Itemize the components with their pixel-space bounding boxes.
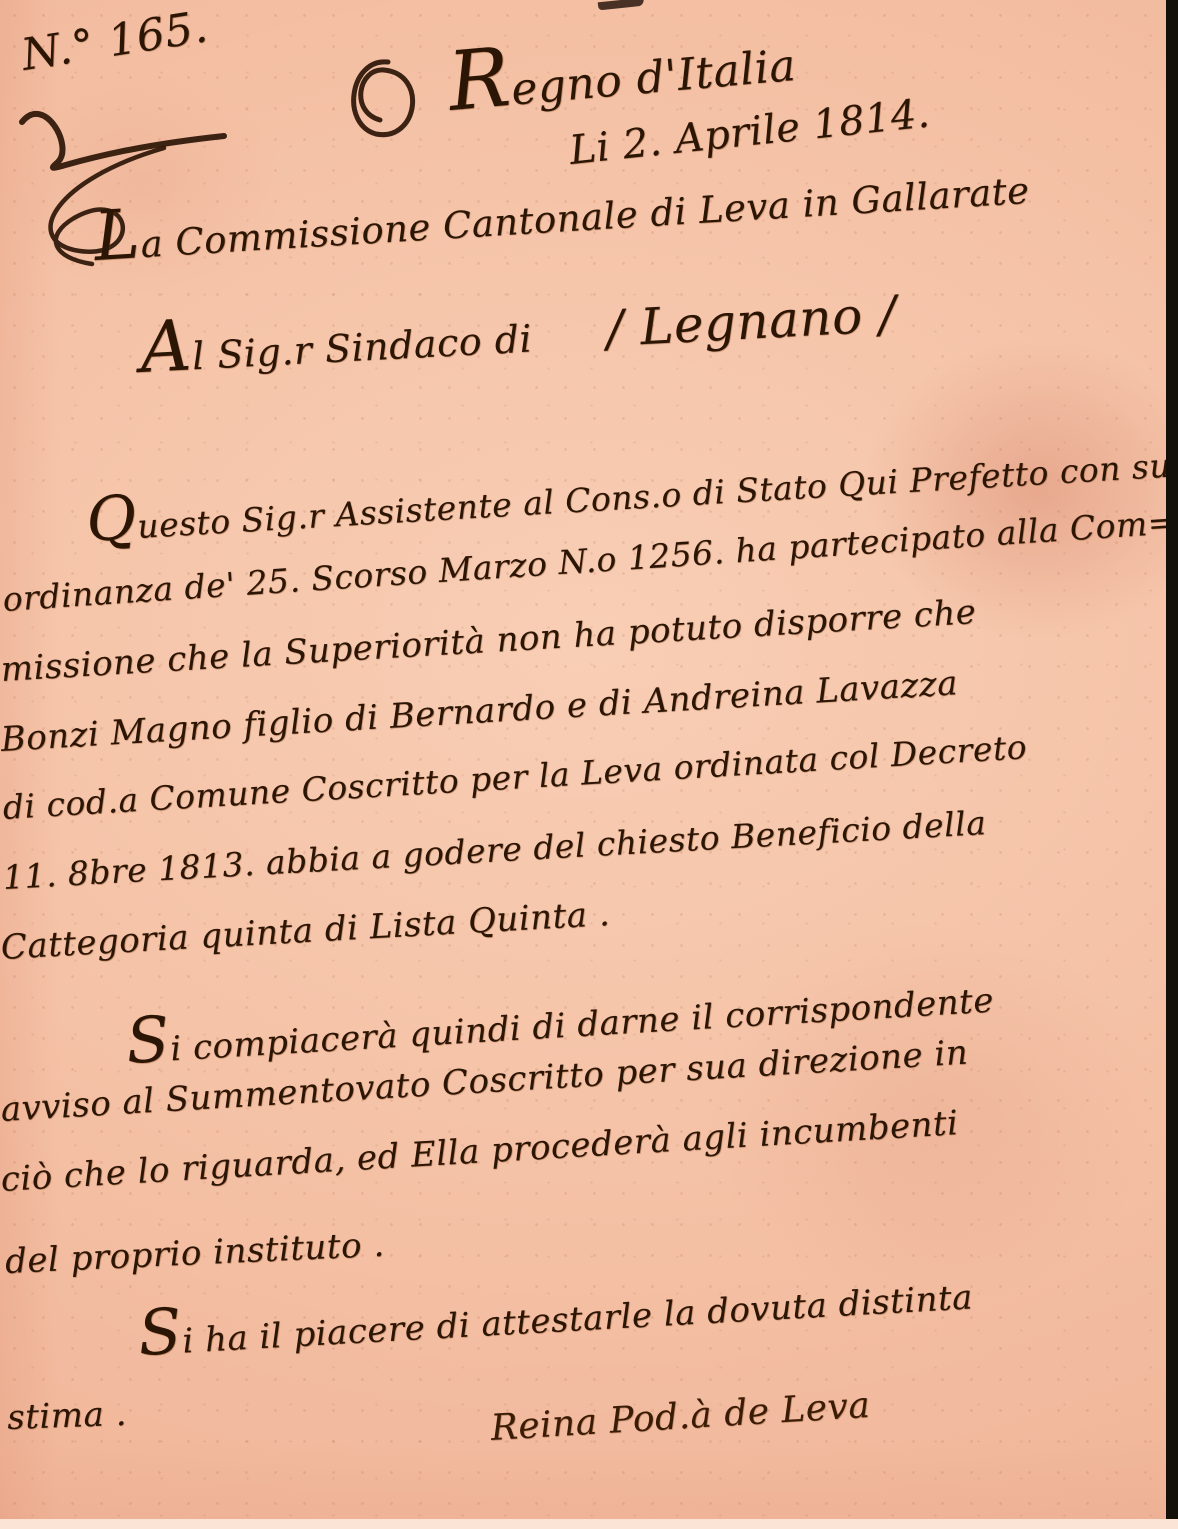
scan-edge-right <box>1166 0 1178 1529</box>
body-p1-line7: Cattegoria quinta di Lista Quinta . <box>0 894 611 968</box>
closing-line1: Si ha il piacere di attestarle la dovuta… <box>137 1263 974 1364</box>
closing-line2: stima . <box>7 1394 128 1438</box>
signature: Reina Pod.à de Leva <box>489 1385 871 1449</box>
flourish-regno-initial <box>332 52 442 144</box>
recipient-prefix: Al Sig.r Sindaco di <box>139 302 533 381</box>
kingdom-title: Regno d'Italia <box>446 22 798 121</box>
scan-artifact-top <box>598 0 645 10</box>
letter-scan: N.° 165. Regno d'Italia Li 2. Aprile 181… <box>0 0 1178 1529</box>
doc-number: N.° 165. <box>18 1 211 81</box>
scan-edge-bottom <box>0 1519 1178 1529</box>
body-p2-line4: del proprio instituto . <box>4 1225 385 1282</box>
recipient-place: / Legnano / <box>605 285 898 358</box>
